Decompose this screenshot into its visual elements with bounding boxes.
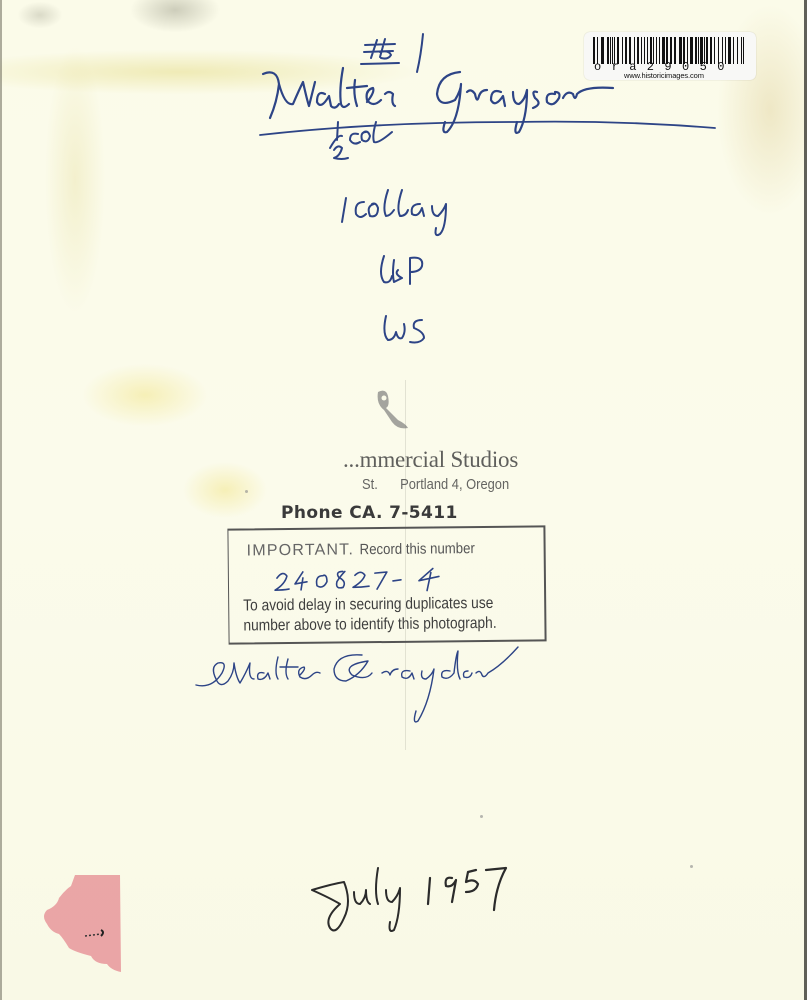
handwritten-name-top xyxy=(255,60,725,140)
important-heading: IMPORTANT.Record this number xyxy=(247,540,492,561)
important-record-box: IMPORTANT.Record this number 240827-4 To… xyxy=(227,525,546,644)
handwritten-note-up xyxy=(374,250,434,290)
studio-phone: Phone CA. 7-5411 xyxy=(281,503,458,523)
handwritten-size-note xyxy=(328,118,408,168)
handwritten-date xyxy=(300,858,520,948)
handwritten-layout-note xyxy=(340,188,490,248)
studio-logo-smudge xyxy=(372,386,418,432)
important-note: To avoid delay in securing duplicates us… xyxy=(243,594,497,637)
signature xyxy=(192,645,522,730)
torn-sticker-remnant xyxy=(35,872,125,977)
paper-left-edge xyxy=(0,0,2,1000)
studio-address: St.Portland 4, Oregon xyxy=(362,476,509,493)
studio-name: ...mmercial Studios xyxy=(343,447,518,473)
handwritten-note-ws xyxy=(380,310,440,350)
handwritten-record-number xyxy=(273,566,473,598)
